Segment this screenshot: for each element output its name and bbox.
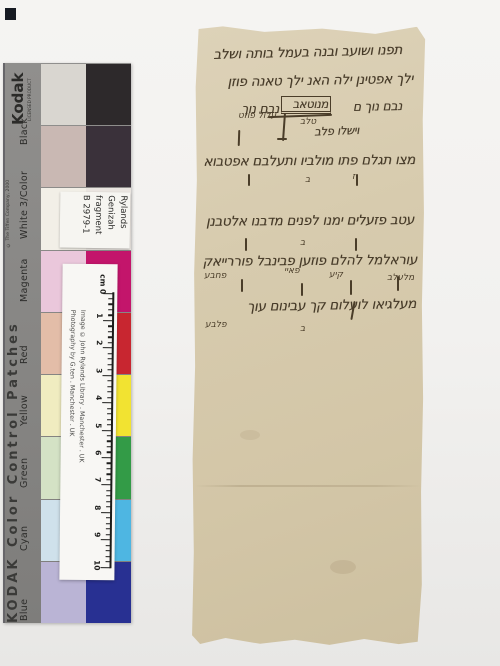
ruler-tick-minor: [107, 408, 112, 409]
ruler-tick-minor: [106, 495, 111, 496]
kodak-row-label-cyan: Cyan: [19, 515, 37, 551]
kodak-copyright-text: © The Tiffen Company, 2000: [6, 197, 14, 247]
ruler-tick-minor: [106, 534, 111, 535]
ruler-tick-cm-5: [102, 430, 112, 431]
ruler-tick-minor: [107, 452, 112, 453]
ruler-tick-minor: [107, 435, 112, 436]
manuscript-crease: [195, 485, 421, 487]
kodak-row-label-3/color: 3/Color: [19, 171, 37, 207]
ruler-cm-zero-label: cm 0: [98, 274, 107, 294]
ruler-tick-cm-0: [103, 293, 113, 294]
ruler-tick-cm-7: [101, 484, 111, 485]
paper-stain: [330, 560, 356, 574]
specimen-label-card: B 2979-1 fragment Genizah Rylands: [60, 192, 131, 249]
ruler-number-6: 6: [94, 450, 103, 455]
ruler-tick-minor: [108, 337, 113, 338]
ruler-tick-minor: [106, 545, 111, 546]
ruler-tick-minor: [106, 474, 111, 475]
kodak-row-label-green: Green: [19, 452, 37, 488]
ruler-tick-minor: [106, 523, 111, 524]
ruler-tick-cm-8: [101, 512, 111, 513]
kodak-row-label-magenta: Magenta: [19, 266, 37, 302]
kodak-row-label-white: White: [19, 203, 37, 239]
ruler-number-7: 7: [93, 477, 102, 482]
ruler-credit-text: Image © John Rylands Library . Mancheste…: [66, 310, 88, 463]
ruler-credit-line-1: Image © John Rylands Library . Mancheste…: [76, 310, 88, 463]
ruler-tick-minor: [108, 358, 113, 359]
ruler-tick-minor: [107, 446, 112, 447]
ruler-tick-minor: [106, 561, 111, 562]
ruler-tick-minor: [108, 298, 113, 299]
ruler-tick-cm-10: [100, 567, 110, 568]
ruler-tick-minor: [106, 556, 111, 557]
ruler-tick-cm-6: [102, 457, 112, 458]
paper-stain: [240, 430, 260, 440]
ruler-tick-minor: [106, 479, 111, 480]
ruler-tick-minor: [107, 397, 112, 398]
specimen-label-line-rylands: Rylands: [117, 192, 130, 248]
ruler-number-3: 3: [95, 368, 104, 373]
ruler-tick-minor: [108, 364, 113, 365]
ruler-tick-minor: [106, 528, 111, 529]
ruler-tick-minor: [106, 550, 111, 551]
ruler-tick-minor: [108, 353, 113, 354]
ruler-number-9: 9: [93, 532, 102, 537]
ruler-number-4: 4: [94, 395, 103, 400]
kodak-patch-sat-black: [86, 64, 131, 125]
ruler-tick-minor: [108, 304, 113, 305]
ruler-tick-minor: [108, 369, 113, 370]
specimen-label-line-shelfmark: B 2979-1: [80, 192, 93, 248]
ruler-number-2: 2: [95, 340, 104, 345]
ruler-number-8: 8: [93, 505, 102, 510]
ruler-tick-cm-3: [102, 375, 112, 376]
ruler-tick-minor: [106, 506, 111, 507]
ruler-tick-minor: [106, 517, 111, 518]
ruler-number-5: 5: [94, 423, 103, 428]
ruler-tick-cm-4: [102, 402, 112, 403]
ruler-tick-minor: [107, 441, 112, 442]
ruler-tick-minor: [107, 391, 112, 392]
ruler-tick-minor: [107, 413, 112, 414]
ruler-tick-minor: [108, 342, 113, 343]
kodak-row-label-black: Black: [19, 109, 37, 145]
specimen-label-line-genizah: Genizah: [105, 192, 118, 248]
kodak-row-label-red: Red: [19, 328, 37, 364]
ruler-tick-cm-2: [103, 347, 113, 348]
ruler-tick-cm-1: [103, 320, 113, 321]
ruler-ticks: 12345678910: [63, 264, 118, 265]
ruler-tick-minor: [106, 501, 111, 502]
kodak-patch-sat-3/color: [86, 126, 131, 187]
ruler-tick-minor: [108, 309, 113, 310]
kodak-row-label-blue: Blue: [19, 585, 37, 621]
ruler-tick-minor: [106, 490, 111, 491]
ruler-number-1: 1: [95, 313, 104, 318]
specimen-label-line-fragment: fragment: [92, 192, 105, 248]
scan-artifact-square: [5, 8, 16, 20]
ruler-tick-minor: [108, 315, 113, 316]
ruler-tick-minor: [107, 419, 112, 420]
ruler-tick-minor: [107, 424, 112, 425]
ruler-tick-minor: [108, 326, 113, 327]
ruler-card: Image © John Rylands Library . Mancheste…: [59, 264, 117, 581]
kodak-patch-pale-3/color: [41, 126, 86, 187]
ruler-tick-minor: [108, 331, 113, 332]
ruler-tick-minor: [107, 380, 112, 381]
manuscript-paper: [191, 25, 426, 647]
ruler-tick-minor: [107, 463, 112, 464]
kodak-patch-pale-black: [41, 64, 86, 125]
ruler-tick-minor: [107, 386, 112, 387]
ruler-number-10: 10: [92, 560, 101, 571]
kodak-row-label-yellow: Yellow: [19, 390, 37, 426]
photo-page: Kodak LICENSED PRODUCT © The Tiffen Comp…: [0, 0, 500, 666]
ruler-tick-cm-9: [101, 539, 111, 540]
ruler-tick-minor: [107, 468, 112, 469]
